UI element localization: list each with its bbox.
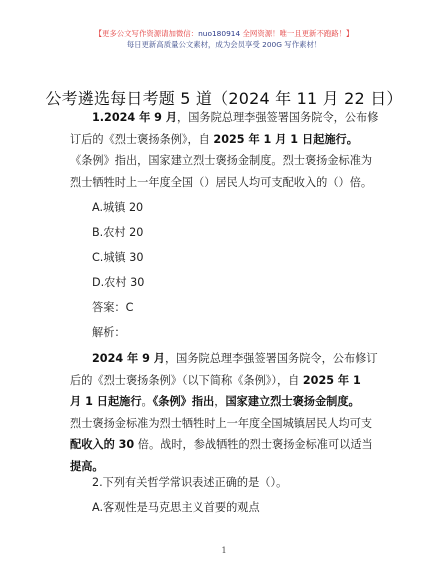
document-page: 【更多公文写作资源请加微信：nuo180914 全网资源！唯一且更新不跑路！】 … — [0, 0, 448, 580]
text-line: 订后的《烈士褒扬条例》，自 2025 年 1 月 1 日起施行。 — [70, 129, 410, 151]
question-1-answer: 答案：C — [92, 301, 133, 315]
text-run: 倍。战时，参战牺牲的烈士褒扬金标准可以适当 — [134, 438, 373, 451]
bold-text-run: 月 1 日起施行 — [70, 395, 142, 408]
bold-text-run: 国家建立烈士褒扬金制度。 — [225, 395, 359, 408]
question-1-analysis: 2024 年 9 月，国务院总理李强签署国务院令，公布修订后的《烈士褒扬条例》（… — [70, 348, 410, 477]
question-1-stem: 1.2024 年 9 月，国务院总理李强签署国务院令，公布修订后的《烈士褒扬条例… — [70, 107, 410, 193]
text-run: ， — [214, 395, 225, 408]
text-line: 《条例》指出，国家建立烈士褒扬金制度。烈士褒扬金标准为 — [70, 150, 410, 172]
question-1-option-c: C.城镇 30 — [92, 251, 144, 265]
bold-text-run: 2025 年 1 月 1 日起施行。 — [213, 133, 358, 146]
text-line: 配收入的 30 倍。战时，参战牺牲的烈士褒扬金标准可以适当 — [70, 434, 410, 456]
text-line: 1.2024 年 9 月，国务院总理李强签署国务院令，公布修 — [70, 107, 410, 129]
page-number: 1 — [0, 546, 448, 555]
text-run: 。 — [142, 395, 153, 408]
bold-text-run: 1.2024 年 9 月 — [92, 111, 177, 124]
bold-text-run: 配收入的 30 — [70, 438, 134, 451]
question-2-option-a: A.客观性是马克思主义首要的观点 — [92, 501, 260, 515]
text-line: 月 1 日起施行。《条例》指出，国家建立烈士褒扬金制度。 — [70, 391, 410, 413]
text-run: 后的《烈士褒扬条例》（以下简称《条例》），自 — [70, 374, 303, 387]
question-1-option-a: A.城镇 20 — [92, 201, 143, 215]
promo-banner-line2: 每日更新高质量公文素材，成为会员享受 200G 写作素材！ — [0, 40, 448, 50]
question-2-stem: 2.下列有关哲学常识表述正确的是（）。 — [92, 476, 287, 490]
text-run: ，国务院总理李强签署国务院令，公布修 — [177, 111, 378, 124]
promo-wechat-id: nuo180914 — [198, 29, 240, 38]
text-line: 烈士牺牲时上一年度全国（）居民人均可支配收入的（）倍。 — [70, 172, 410, 194]
page-title: 公考遴选每日考题 5 道（2024 年 11 月 22 日） — [0, 86, 448, 109]
text-line: 后的《烈士褒扬条例》（以下简称《条例》），自 2025 年 1 — [70, 370, 410, 392]
promo-banner-line1: 【更多公文写作资源请加微信：nuo180914 全网资源！唯一且更新不跑路！】 — [0, 29, 448, 39]
question-1-analysis-label: 解析： — [92, 326, 126, 340]
question-1-option-b: B.农村 20 — [92, 226, 143, 240]
text-line: 烈士褒扬金标准为烈士牺牲时上一年度全国城镇居民人均可支 — [70, 413, 410, 435]
text-run: 订后的《烈士褒扬条例》，自 — [70, 133, 213, 146]
bold-text-run: 《条例》指出 — [153, 395, 215, 408]
bold-text-run: 提高。 — [70, 460, 104, 473]
question-1-option-d: D.农村 30 — [92, 276, 144, 290]
text-line: 2024 年 9 月，国务院总理李强签署国务院令，公布修订 — [70, 348, 410, 370]
promo-prefix: 【更多公文写作资源请加微信： — [95, 29, 198, 38]
text-line: 提高。 — [70, 456, 410, 478]
text-run: ，国务院总理李强签署国务院令，公布修订 — [165, 352, 378, 365]
text-run: 烈士牺牲时上一年度全国（）居民人均可支配收入的（）倍。 — [70, 176, 372, 189]
text-run: 《条例》指出，国家建立烈士褒扬金制度。烈士褒扬金标准为 — [70, 154, 372, 167]
bold-text-run: 2025 年 1 — [303, 374, 361, 387]
bold-text-run: 2024 年 9 月 — [92, 352, 165, 365]
promo-suffix: 全网资源！唯一且更新不跑路！】 — [240, 29, 353, 38]
text-run: 烈士褒扬金标准为烈士牺牲时上一年度全国城镇居民人均可支 — [70, 417, 372, 430]
